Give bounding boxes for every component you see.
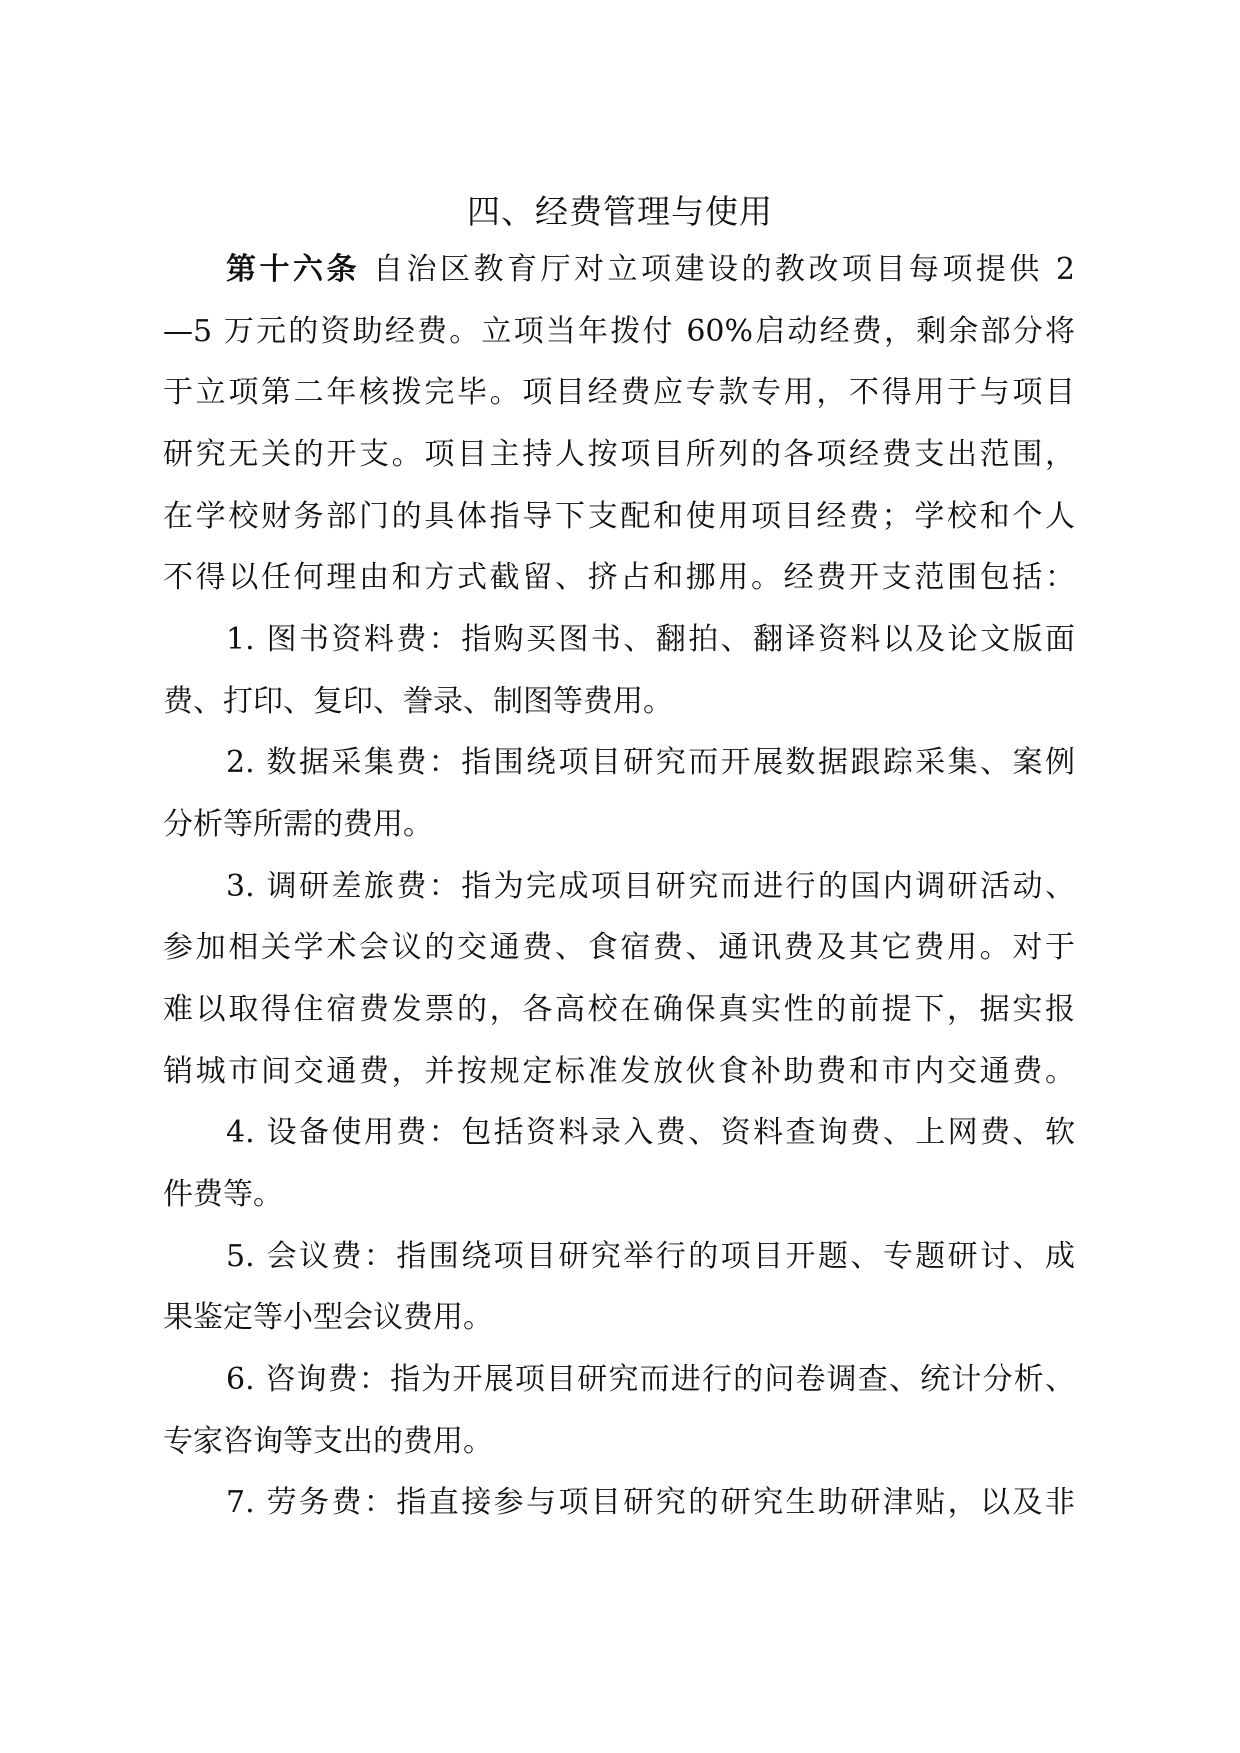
item-3-line: 销城市间交通费，并按规定标准发放伙食补助费和市内交通费。 — [163, 1050, 1075, 1094]
section-heading: 四、经费管理与使用 — [0, 190, 1240, 234]
item-2-line: 2. 数据采集费：指围绕项目研究而开展数据跟踪采集、案例 — [226, 741, 1075, 785]
item-1-line: 费、打印、复印、誊录、制图等费用。 — [163, 680, 1075, 724]
article-text: 自治区教育厅对立项建设的教改项目每项提供 2 — [360, 252, 1075, 287]
item-2-line: 分析等所需的费用。 — [163, 803, 1075, 847]
item-6-line: 专家咨询等支出的费用。 — [163, 1420, 1075, 1464]
item-5-line: 果鉴定等小型会议费用。 — [163, 1296, 1075, 1340]
article-line: 不得以任何理由和方式截留、挤占和挪用。经费开支范围包括： — [163, 556, 1075, 600]
item-5-line: 5. 会议费：指围绕项目研究举行的项目开题、专题研讨、成 — [226, 1235, 1075, 1279]
article-line: —5 万元的资助经费。立项当年拨付 60%启动经费，剩余部分将 — [163, 310, 1075, 354]
item-4-line: 4. 设备使用费：包括资料录入费、资料查询费、上网费、软 — [226, 1111, 1075, 1155]
item-7-line: 7. 劳务费：指直接参与项目研究的研究生助研津贴，以及非 — [226, 1481, 1075, 1525]
item-3-line: 参加相关学术会议的交通费、食宿费、通讯费及其它费用。对于 — [163, 926, 1075, 970]
article-first-line: 第十六条 自治区教育厅对立项建设的教改项目每项提供 2 — [226, 248, 1075, 292]
item-3-line: 难以取得住宿费发票的，各高校在确保真实性的前提下，据实报 — [163, 988, 1075, 1032]
article-line: 研究无关的开支。项目主持人按项目所列的各项经费支出范围， — [163, 433, 1075, 477]
item-6-line: 6. 咨询费：指为开展项目研究而进行的问卷调查、统计分析、 — [226, 1358, 1075, 1402]
item-4-line: 件费等。 — [163, 1173, 1075, 1217]
article-label: 第十六条 — [226, 252, 360, 287]
item-3-line: 3. 调研差旅费：指为完成项目研究而进行的国内调研活动、 — [226, 865, 1075, 909]
article-line: 于立项第二年核拨完毕。项目经费应专款专用，不得用于与项目 — [163, 371, 1075, 415]
document-page: 四、经费管理与使用 第十六条 自治区教育厅对立项建设的教改项目每项提供 2 —5… — [0, 0, 1240, 1753]
article-line: 在学校财务部门的具体指导下支配和使用项目经费；学校和个人 — [163, 495, 1075, 539]
item-1-line: 1. 图书资料费：指购买图书、翻拍、翻译资料以及论文版面 — [226, 618, 1075, 662]
